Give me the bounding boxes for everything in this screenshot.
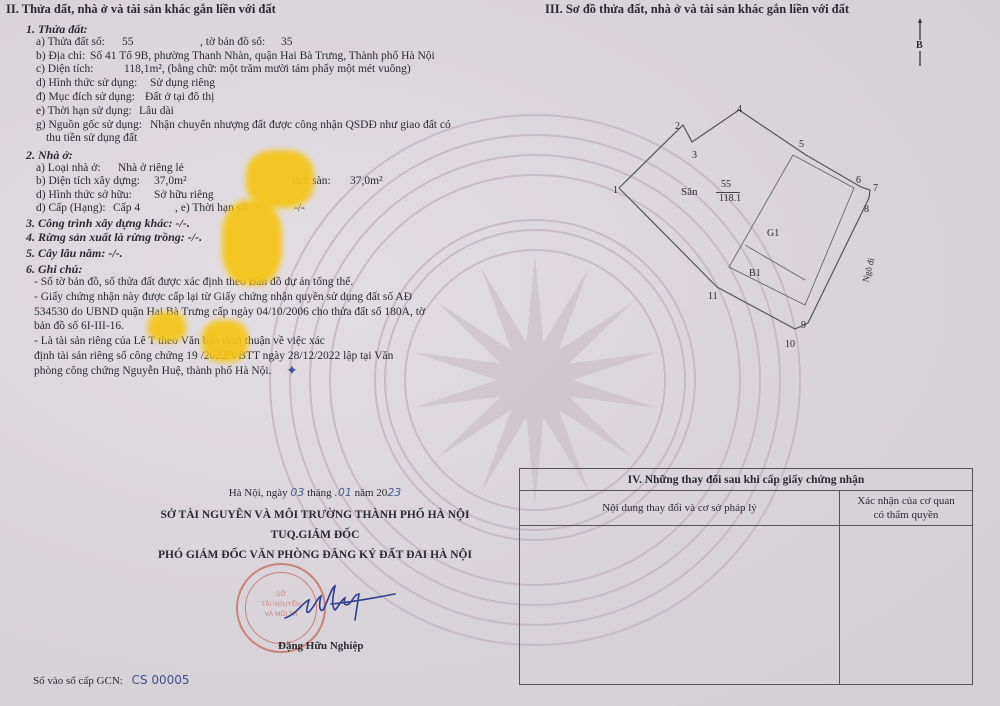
- vertex-label: 11: [708, 291, 718, 302]
- note-line: 534530 do UBND quận Hai Bà Trưng cấp ngà…: [34, 306, 425, 318]
- note-line: bản đồ số 6I-III-16.: [34, 320, 124, 332]
- area-label: c) Diện tích:: [36, 63, 93, 75]
- parcel-label: a) Thửa đất số:: [36, 36, 105, 48]
- authority-cell: [840, 526, 973, 685]
- term-value: Lâu dài: [139, 105, 174, 117]
- parcel-diagram: [600, 95, 900, 365]
- redaction-mark: [148, 312, 186, 342]
- north-label: B: [916, 40, 923, 51]
- build-area-label: b) Diện tích xây dựng:: [36, 175, 140, 187]
- parcel-number-label: 55: [721, 179, 731, 190]
- initial-mark-icon: ✦: [286, 363, 298, 380]
- notes-heading: 6. Ghi chú:: [26, 262, 82, 277]
- signature-icon: [283, 584, 398, 624]
- area-value: 118,1m², (bằng chữ: một trăm mười tám ph…: [124, 63, 411, 75]
- ownership-label: d) Hình thức sở hữu:: [36, 189, 132, 201]
- certificate-page: II. Thửa đất, nhà ở và tài sản khác gắn …: [0, 0, 1000, 706]
- parcel-number: 55: [122, 36, 134, 48]
- yard-label: Sân: [681, 186, 698, 198]
- column-header-authority: Xác nhận của cơ quan có thẩm quyền: [840, 491, 973, 526]
- purpose-label: đ) Mục đích sử dụng:: [36, 91, 135, 103]
- authority-header-line2: có thẩm quyền: [840, 508, 972, 522]
- note-line: phòng công chứng Nguyễn Huệ, thành phố H…: [34, 365, 271, 377]
- floor-area-value: 37,0m²: [350, 175, 383, 187]
- vertex-label: 8: [864, 204, 869, 215]
- use-form-label: d) Hình thức sử dụng:: [36, 77, 137, 89]
- redaction-mark: [202, 320, 248, 362]
- ownership-value: Sở hữu riêng: [154, 189, 214, 201]
- term-label: e) Thời hạn sử dụng:: [36, 105, 132, 117]
- registry-value: CS 00005: [132, 673, 190, 687]
- map-sheet-label: , tờ bản đồ số:: [200, 36, 265, 48]
- grade-value: Cấp 4: [113, 202, 140, 214]
- redaction-mark: [222, 200, 282, 285]
- vertex-label: 4: [737, 104, 742, 115]
- vertex-label: 2: [675, 121, 680, 132]
- note-line: - Số tờ bản đồ, số thửa đất được xác địn…: [34, 276, 353, 288]
- registry-label: Số vào sổ cấp GCN:: [33, 675, 123, 687]
- perennial-trees: 5. Cây lâu năm: -/-.: [26, 246, 123, 261]
- section-2-title: II. Thửa đất, nhà ở và tài sản khác gắn …: [6, 2, 276, 17]
- origin-value-line1: Nhận chuyển nhượng đất được công nhận QS…: [150, 119, 451, 131]
- change-content-cell: [520, 526, 840, 685]
- house-type-value: Nhà ở riêng lẻ: [118, 162, 184, 174]
- issue-date: Hà Nội, ngày 03 tháng .01 năm 2023: [130, 486, 500, 499]
- signer-name: Đặng Hữu Nghiệp: [278, 640, 363, 652]
- land-heading: 1. Thửa đất:: [26, 22, 88, 37]
- house-type-label: a) Loại nhà ở:: [36, 162, 101, 174]
- house-g1-label: G1: [767, 228, 779, 239]
- date-day: 03: [290, 486, 304, 499]
- production-forest: 4. Rừng sản xuất là rừng trồng: -/-.: [26, 230, 202, 245]
- registry-number: Số vào sổ cấp GCN: CS 00005: [33, 673, 190, 687]
- vertex-label: 9: [801, 320, 806, 331]
- origin-value-line2: thu tiền sử dụng đất: [46, 132, 137, 144]
- signing-block: Hà Nội, ngày 03 tháng .01 năm 2023 SỞ TÀ…: [130, 486, 500, 565]
- signer-title: PHÓ GIÁM ĐỐC VĂN PHÒNG ĐĂNG KÝ ĐẤT ĐAI H…: [130, 545, 500, 565]
- column-header-change-content: Nội dung thay đổi và cơ sở pháp lý: [520, 491, 840, 526]
- parcel-area-label: 118.1: [719, 193, 741, 204]
- changes-table-title: IV. Những thay đổi sau khi cấp giấy chứn…: [520, 469, 973, 491]
- address-value: Số 41 Tổ 9B, phường Thanh Nhàn, quận Hai…: [90, 50, 435, 62]
- month-label: tháng: [307, 487, 331, 499]
- map-sheet-number: 35: [281, 36, 293, 48]
- changes-table: IV. Những thay đổi sau khi cấp giấy chứn…: [519, 468, 973, 685]
- address-label: b) Địa chỉ:: [36, 50, 85, 62]
- vertex-label: 6: [856, 175, 861, 186]
- purpose-value: Đất ở tại đô thị: [145, 91, 214, 103]
- vertex-label: 5: [799, 139, 804, 150]
- authority-header-line1: Xác nhận của cơ quan: [840, 494, 972, 508]
- vertex-label: 1: [613, 185, 618, 196]
- build-area-value: 37,0m²: [154, 175, 187, 187]
- note-line: - Giấy chứng nhận này được cấp lại từ Gi…: [34, 291, 412, 303]
- vertex-label: 3: [692, 150, 697, 161]
- issuing-department: SỞ TÀI NGUYÊN VÀ MÔI TRƯỜNG THÀNH PHỐ HÀ…: [130, 505, 500, 525]
- vertex-label: 7: [873, 183, 878, 194]
- annex-b1-label: B1: [749, 268, 761, 279]
- use-form-value: Sử dụng riêng: [150, 77, 215, 89]
- grade-label: d) Cấp (Hạng):: [36, 202, 106, 214]
- section-3-title: III. Sơ đồ thửa đất, nhà ở và tài sản kh…: [545, 2, 849, 17]
- date-prefix: Hà Nội, ngày: [229, 487, 288, 499]
- house-heading: 2. Nhà ở:: [26, 148, 73, 163]
- vertex-label: 10: [785, 339, 795, 350]
- other-construction: 3. Công trình xây dựng khác: -/-.: [26, 216, 190, 231]
- year-label: năm 20: [355, 487, 388, 499]
- authorization-line: TUQ.GIÁM ĐỐC: [130, 525, 500, 545]
- date-year: 23: [387, 486, 401, 499]
- date-month: .01: [334, 486, 352, 499]
- origin-label: g) Nguồn gốc sử dụng:: [36, 119, 142, 131]
